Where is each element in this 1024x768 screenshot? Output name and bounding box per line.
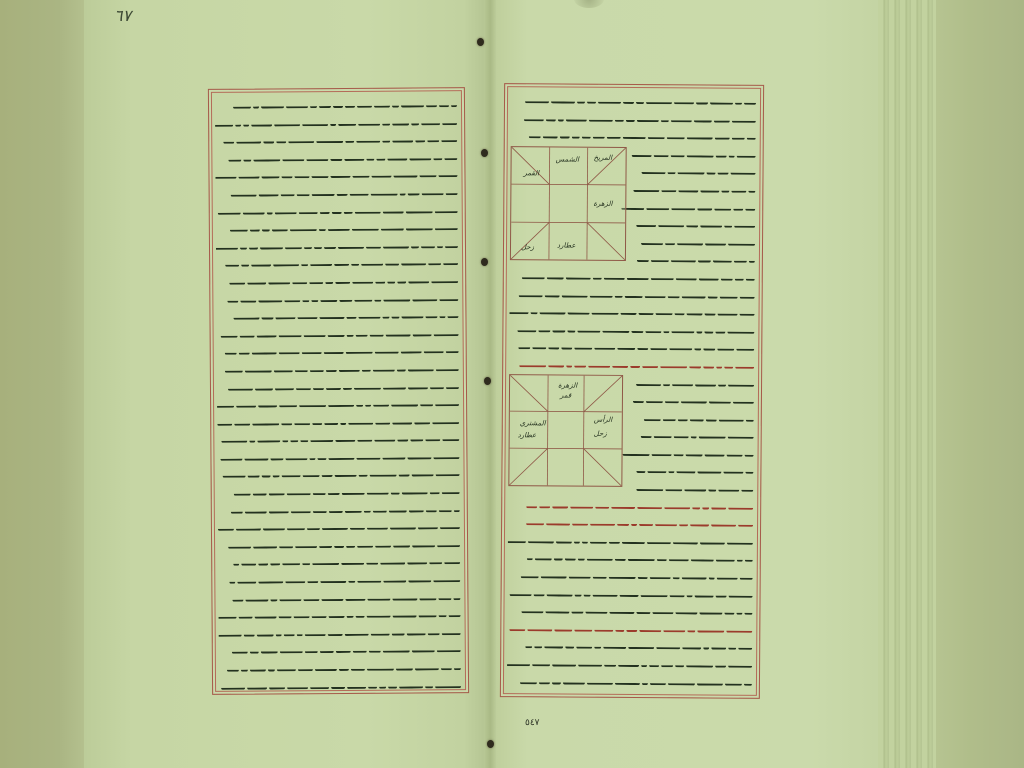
- sewing-hole: [487, 740, 494, 748]
- background-right: [936, 0, 1024, 768]
- chart-label: الزهرة: [558, 381, 577, 389]
- text-line: [511, 90, 757, 109]
- text-line: [218, 587, 461, 606]
- text-line: [219, 622, 462, 641]
- text-line: [508, 583, 754, 602]
- text-line: [218, 464, 461, 483]
- text-line: [217, 411, 460, 430]
- chart-label: قمر: [560, 391, 571, 399]
- text-line: [218, 499, 461, 518]
- open-book: ٦٧ المريخ الشمس الزهرة عطارد القمر: [84, 0, 936, 768]
- text-line: [215, 165, 458, 184]
- text-line: [218, 481, 461, 500]
- text-line: [217, 340, 460, 359]
- text-line: [216, 270, 459, 289]
- text-line: [216, 182, 459, 201]
- text-line: [217, 393, 460, 412]
- left-text-lines: [215, 94, 462, 688]
- text-line: [216, 235, 459, 254]
- sewing-hole: [481, 149, 488, 157]
- text-line: [507, 653, 753, 672]
- text-line: [219, 640, 462, 659]
- text-line: [507, 618, 753, 637]
- text-line: [508, 512, 754, 531]
- text-line: [508, 548, 754, 567]
- text-line: [218, 516, 461, 535]
- chart-label: زحل: [521, 243, 534, 251]
- text-line: [218, 552, 461, 571]
- text-line: [217, 376, 460, 395]
- page-edges: [878, 0, 936, 768]
- text-line: [507, 636, 753, 655]
- text-line: [510, 284, 756, 303]
- right-text-block: المريخ الشمس الزهرة عطارد القمر زحل الزه…: [500, 83, 764, 699]
- text-line: [217, 446, 460, 465]
- horoscope-chart-upper: المريخ الشمس الزهرة عطارد القمر زحل: [510, 146, 627, 261]
- text-line: [508, 565, 754, 584]
- text-line: [217, 358, 460, 377]
- left-text-block: [208, 87, 469, 695]
- chart-label: الرأس: [594, 416, 612, 424]
- text-line: [508, 495, 754, 514]
- text-line: [507, 671, 753, 690]
- chart-label: الشمس: [556, 155, 579, 163]
- chart-label: عطارد: [557, 241, 576, 249]
- text-line: [218, 569, 461, 588]
- text-line: [219, 657, 462, 676]
- sewing-hole: [481, 258, 488, 266]
- text-line: [216, 200, 459, 219]
- chart-label: المشتري: [520, 419, 546, 427]
- text-line: [216, 217, 459, 236]
- text-line: [215, 94, 458, 113]
- text-line: [511, 108, 757, 127]
- text-line: [218, 604, 461, 623]
- chart-label: زحل: [594, 430, 607, 438]
- text-line: [216, 305, 459, 324]
- horoscope-chart-lower: الزهرة قمر المشتري الرأس زحل عطارد: [508, 374, 623, 487]
- text-line: [218, 534, 461, 553]
- text-line: [510, 266, 756, 285]
- text-line: [216, 288, 459, 307]
- sewing-hole: [484, 377, 491, 385]
- text-line: [217, 323, 460, 342]
- text-line: [509, 336, 755, 355]
- text-line: [509, 319, 755, 338]
- chart-label: الزهرة: [593, 200, 612, 208]
- text-line: [215, 147, 458, 166]
- text-line: [510, 301, 756, 320]
- text-line: [511, 125, 757, 144]
- text-line: [215, 112, 458, 131]
- chart-label: القمر: [523, 169, 539, 177]
- text-line: [509, 354, 755, 373]
- sewing-hole: [477, 38, 484, 46]
- text-line: [219, 675, 462, 694]
- text-line: [217, 428, 460, 447]
- text-line: [216, 252, 459, 271]
- background-left: [0, 0, 84, 768]
- pencil-page-number: ٦٧: [114, 6, 131, 25]
- chart-label: المريخ: [594, 154, 613, 162]
- chart-label: عطارد: [518, 431, 537, 439]
- text-line: [508, 530, 754, 549]
- folio-number: ٥٤٧: [525, 718, 540, 728]
- text-line: [215, 129, 458, 148]
- text-line: [507, 600, 753, 619]
